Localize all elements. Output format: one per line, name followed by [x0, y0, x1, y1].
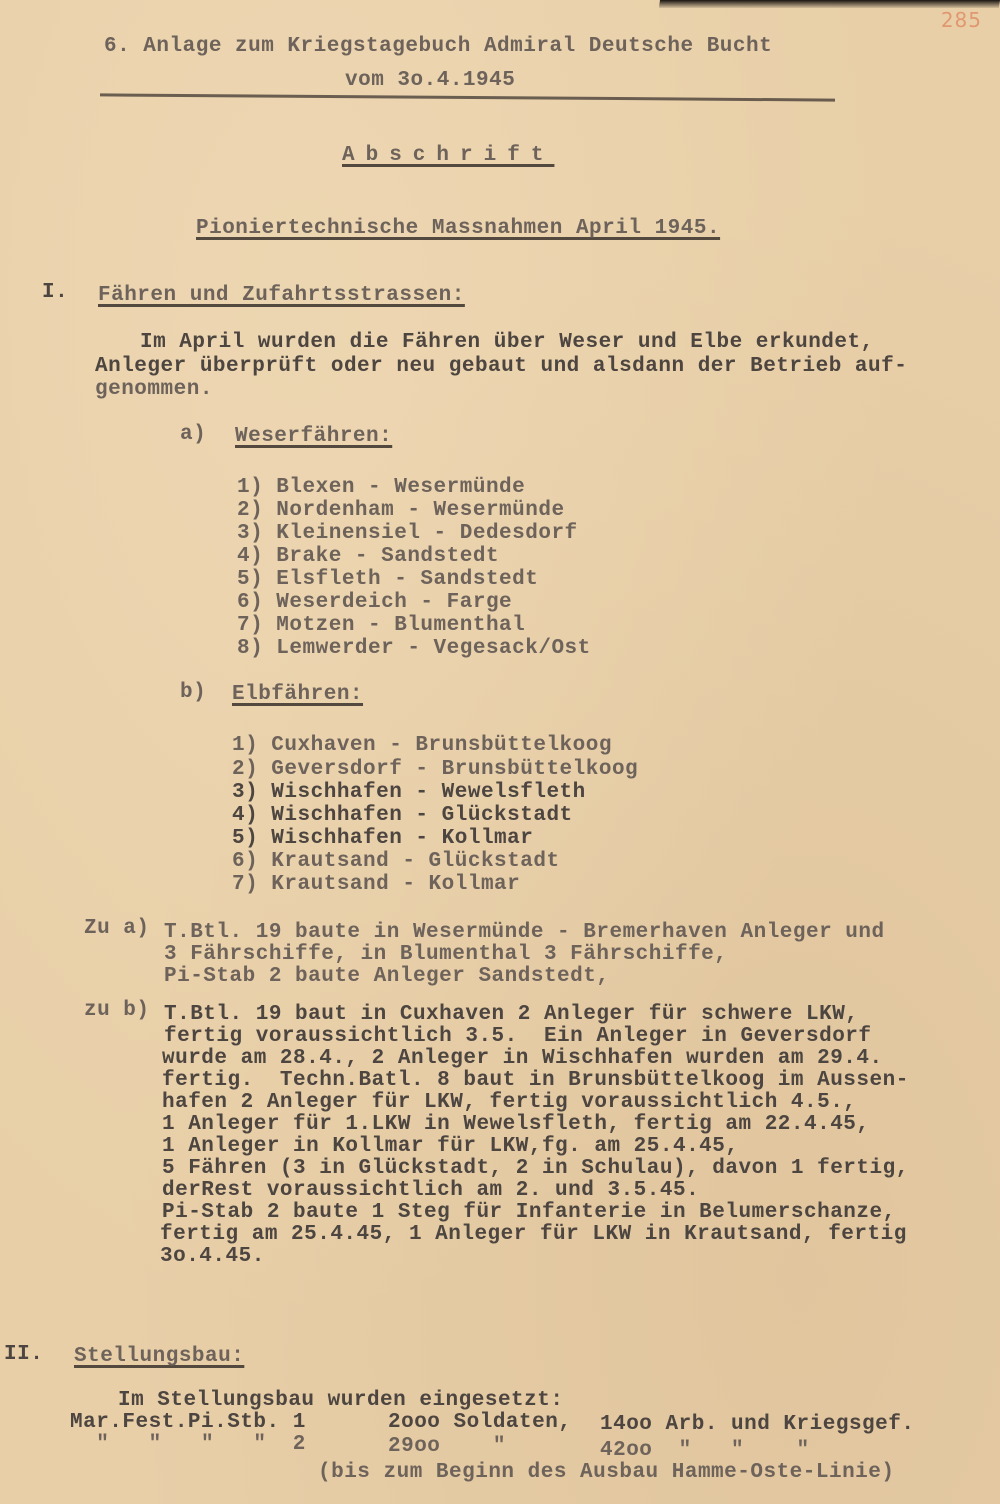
weser-ferry-item: 1) Blexen - Wesermünde — [237, 477, 525, 499]
deployment-row-unit: Mar.Fest.Pi.Stb. 1 — [70, 1412, 306, 1434]
header-rule — [100, 93, 835, 101]
zu-b-line: fertig. Techn.Batl. 8 baut in Brunsbütte… — [162, 1070, 909, 1092]
elbe-ferry-item: 6) Krautsand - Glückstadt — [232, 851, 560, 873]
elbe-label: b) — [180, 682, 206, 704]
zu-b-line: T.Btl. 19 baut in Cuxhaven 2 Anleger für… — [164, 1004, 858, 1026]
deployment-row-workers: 42oo " " " — [600, 1440, 810, 1462]
section-2-note: (bis zum Beginn des Ausbau Hamme-Oste-Li… — [318, 1462, 895, 1484]
page-number-stamp: 285 — [941, 8, 982, 32]
zu-a-line: T.Btl. 19 baute in Wesermünde - Bremerha… — [164, 922, 885, 944]
section-2-number: II. — [4, 1344, 43, 1366]
elbe-heading: Elbfähren: — [232, 684, 363, 706]
weser-heading: Weserfähren: — [235, 426, 392, 448]
zu-b-line: 3o.4.45. — [160, 1246, 265, 1268]
zu-a-line: 3 Fährschiffe, in Blumenthal 3 Fährschif… — [164, 944, 727, 966]
elbe-ferry-item: 7) Krautsand - Kollmar — [232, 874, 520, 896]
header-line-2: vom 3o.4.1945 — [345, 70, 515, 92]
section-1-heading: Fähren und Zufahrtsstrassen: — [98, 285, 465, 307]
elbe-ferry-item: 2) Geversdorf - Brunsbüttelkoog — [232, 759, 638, 781]
zu-b-line: wurde am 28.4., 2 Anleger in Wischhafen … — [162, 1048, 883, 1070]
elbe-ferry-item: 4) Wischhafen - Glückstadt — [232, 805, 573, 827]
weser-ferry-item: 4) Brake - Sandstedt — [237, 546, 499, 568]
weser-label: a) — [180, 424, 206, 446]
deployment-row-workers: 14oo Arb. und Kriegsgef. — [600, 1414, 914, 1436]
zu-b-line: hafen 2 Anleger für LKW, fertig voraussi… — [162, 1092, 856, 1114]
elbe-ferry-item: 3) Wischhafen - Wewelsfleth — [232, 782, 586, 804]
header-line-1: 6. Anlage zum Kriegstagebuch Admiral Deu… — [104, 36, 772, 58]
weser-ferry-item: 6) Weserdeich - Farge — [237, 592, 512, 614]
zu-b-line: derRest voraussichtlich am 2. und 3.5.45… — [162, 1180, 699, 1202]
scan-edge-shadow — [659, 0, 1000, 8]
section-2-heading: Stellungsbau: — [74, 1346, 244, 1368]
zu-a-line: Pi-Stab 2 baute Anleger Sandstedt, — [164, 966, 609, 988]
elbe-ferry-item: 1) Cuxhaven - Brunsbüttelkoog — [232, 735, 612, 757]
zu-b-line: fertig am 25.4.45, 1 Anleger für LKW in … — [160, 1224, 907, 1246]
deployment-row-unit: " " " " 2 — [70, 1434, 306, 1456]
section-2-intro: Im Stellungsbau wurden eingesetzt: — [118, 1390, 563, 1412]
zu-b-label: zu b) — [84, 1000, 150, 1022]
weser-ferry-item: 7) Motzen - Blumenthal — [237, 615, 525, 637]
zu-b-line: 1 Anleger für 1.LKW in Wewelsfleth, fert… — [162, 1114, 870, 1136]
zu-b-line: Pi-Stab 2 baute 1 Steg für Infanterie in… — [162, 1202, 896, 1224]
section-1-intro-line-3: genommen. — [95, 379, 213, 401]
section-1-intro-line-1: Im April wurden die Fähren über Weser un… — [140, 332, 874, 354]
section-1-number: I. — [42, 282, 68, 304]
elbe-ferry-item: 5) Wischhafen - Kollmar — [232, 828, 533, 850]
weser-ferry-item: 2) Nordenham - Wesermünde — [237, 500, 565, 522]
section-1-intro-line-2: Anleger überprüft oder neu gebaut und al… — [95, 356, 907, 378]
deployment-row-soldiers: 2ooo Soldaten, — [388, 1412, 571, 1434]
document-title: Abschrift — [342, 145, 554, 167]
zu-b-line: 5 Fähren (3 in Glückstadt, 2 in Schulau)… — [162, 1158, 909, 1180]
zu-b-line: 1 Anleger in Kollmar für LKW,fg. am 25.4… — [162, 1136, 739, 1158]
weser-ferry-item: 5) Elsfleth - Sandstedt — [237, 569, 538, 591]
zu-a-label: Zu a) — [84, 918, 150, 940]
document-subtitle: Pioniertechnische Massnahmen April 1945. — [196, 218, 720, 240]
zu-b-line: fertig voraussichtlich 3.5. Ein Anleger … — [164, 1026, 872, 1048]
weser-ferry-item: 3) Kleinensiel - Dedesdorf — [237, 523, 578, 545]
weser-ferry-item: 8) Lemwerder - Vegesack/Ost — [237, 638, 591, 660]
deployment-row-soldiers: 29oo " — [388, 1436, 506, 1458]
